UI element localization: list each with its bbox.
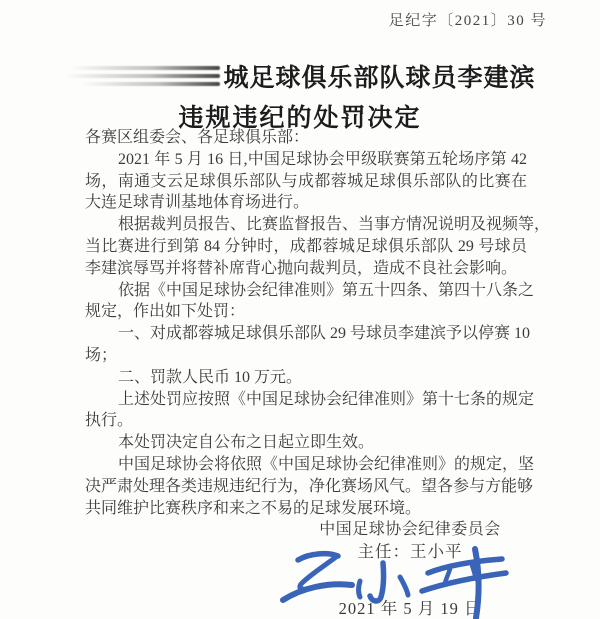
body-line: 一、对成都蓉城足球俱乐部队 29 号球员李建滨予以停赛 10 bbox=[85, 323, 527, 345]
body-line: 当比赛进行到第 84 分钟时，成都蓉城足球俱乐部队 29 号球员 bbox=[85, 236, 527, 258]
body-line: 大连足球青训基地体育场进行。 bbox=[85, 192, 527, 214]
body-line: 2021 年 5 月 16 日,中国足球协会甲级联赛第五轮场序第 42 bbox=[85, 149, 527, 171]
issuer-role: 主任：王小平 bbox=[280, 541, 540, 563]
issue-date: 2021 年 5 月 19 日 bbox=[280, 595, 540, 619]
body-line: 规定，作出如下处罚： bbox=[85, 301, 527, 323]
smear-streak bbox=[82, 82, 220, 86]
document-body: 各赛区组委会、各足球俱乐部：2021 年 5 月 16 日,中国足球协会甲级联赛… bbox=[85, 127, 527, 519]
body-line: 李建滨辱骂并将替补席背心抛向裁判员，造成不良社会影响。 bbox=[85, 258, 527, 280]
body-line: 依据《中国足球协会纪律准则》第五十四条、第四十八条之 bbox=[85, 280, 527, 302]
body-line: 上述处罚应按照《中国足球协会纪律准则》第十七条的规定 bbox=[85, 389, 527, 411]
redaction-smear bbox=[64, 63, 220, 89]
body-line: 场； bbox=[85, 345, 527, 367]
body-line: 本处罚决定自公布之日起立即生效。 bbox=[85, 432, 527, 454]
smear-streak bbox=[64, 74, 220, 78]
title-line1: 城足球俱乐部队球员李建滨 bbox=[0, 57, 600, 95]
body-line: 决严肃处理各类违规违纪行为，净化赛场风气。望各参与方能够 bbox=[85, 476, 527, 498]
document-page: 足纪字〔2021〕30 号 城足球俱乐部队球员李建滨 违规违纪的处罚决定 各赛区… bbox=[0, 0, 600, 619]
signoff-block: 中国足球协会纪律委员会 主任：王小平 2021 年 5 月 19 日 bbox=[280, 519, 540, 619]
title-line2: 违规违纪的处罚决定 bbox=[0, 98, 600, 130]
smear-streak bbox=[70, 66, 220, 70]
body-line: 场，南通支云足球俱乐部队与成都蓉城足球俱乐部队的比赛在 bbox=[85, 171, 527, 193]
issuer-org: 中国足球协会纪律委员会 bbox=[280, 519, 540, 541]
document-title: 城足球俱乐部队球员李建滨 违规违纪的处罚决定 bbox=[0, 57, 600, 130]
body-line: 共同维护比赛秩序和来之不易的足球发展环境。 bbox=[85, 498, 527, 520]
body-line: 中国足球协会将依照《中国足球协会纪律准则》的规定，坚 bbox=[85, 454, 527, 476]
body-line: 根据裁判员报告、比赛监督报告、当事方情况说明及视频等， bbox=[85, 214, 527, 236]
body-line: 执行。 bbox=[85, 410, 527, 432]
title-line1-text: 城足球俱乐部队球员李建滨 bbox=[223, 58, 535, 94]
body-line: 各赛区组委会、各足球俱乐部： bbox=[85, 127, 527, 149]
body-line: 二、罚款人民币 10 万元。 bbox=[85, 367, 527, 389]
doc-number: 足纪字〔2021〕30 号 bbox=[389, 9, 547, 30]
